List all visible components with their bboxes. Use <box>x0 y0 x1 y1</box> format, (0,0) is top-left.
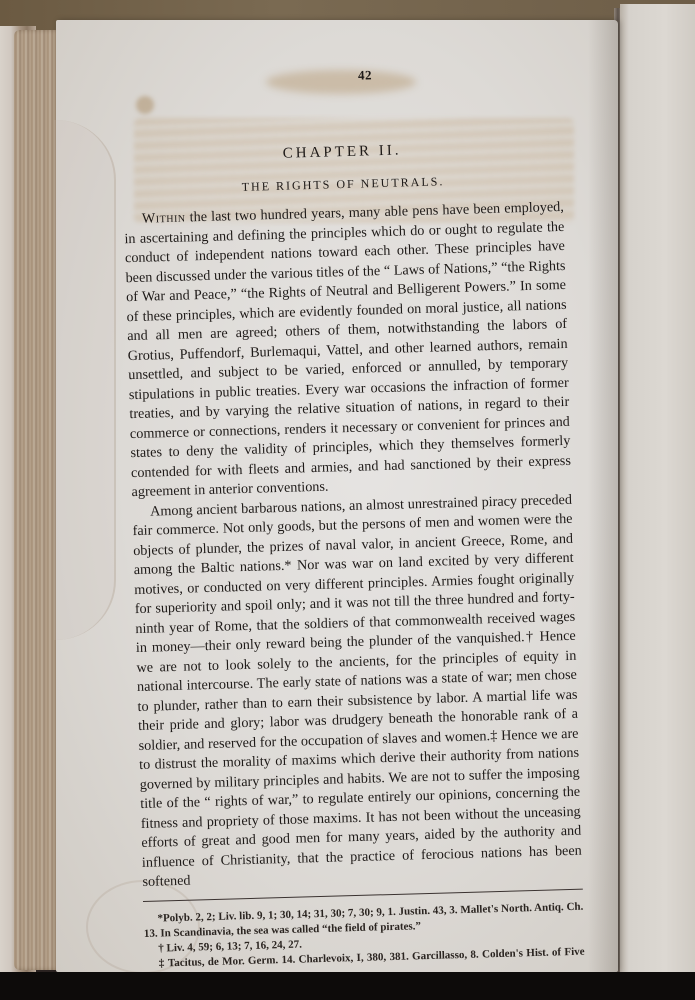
book-photo-scene: 42 CHAPTER II. THE RIGHTS OF NEUTRALS. W… <box>0 0 695 1000</box>
body-text: Within the last two hundred years, many … <box>124 198 583 893</box>
facing-page <box>620 4 695 974</box>
section-title: THE RIGHTS OF NEUTRALS. <box>123 171 563 198</box>
paragraph: Among ancient barbarous nations, an almo… <box>132 490 583 892</box>
chapter-title: CHAPTER II. <box>122 138 562 167</box>
gutter-shadow <box>588 20 618 972</box>
paragraph-lead-word: Within <box>142 210 186 227</box>
water-stain-edge <box>54 120 116 640</box>
paragraph: Within the last two hundred years, many … <box>124 198 572 503</box>
page-content: 42 CHAPTER II. THE RIGHTS OF NEUTRALS. W… <box>120 62 585 986</box>
paragraph-text: the last two hundred years, many able pe… <box>124 199 571 500</box>
paragraph-text: Among ancient barbarous nations, an almo… <box>132 491 582 890</box>
bottom-shadow <box>0 972 695 1000</box>
